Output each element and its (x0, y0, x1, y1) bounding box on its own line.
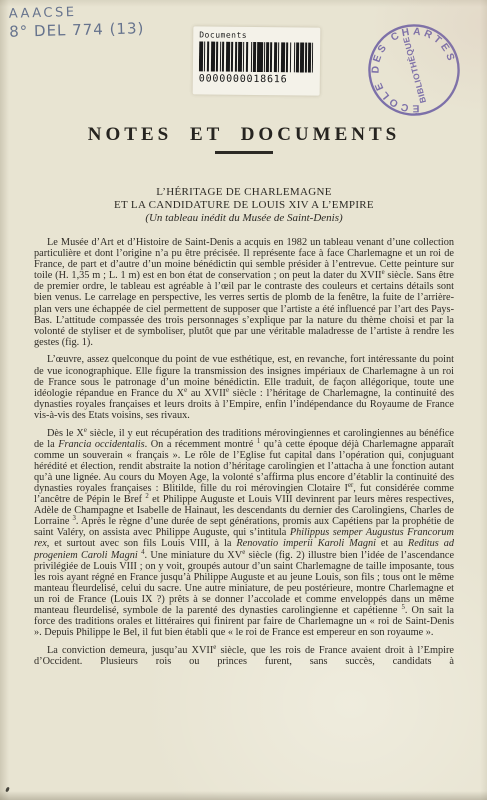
handwritten-call-number: 8° DEL 774 (13) (9, 19, 145, 41)
paragraph: L’œuvre, assez quelconque du point de vu… (34, 354, 454, 421)
article-body: Le Musée d’Art et d’Histoire de Saint-De… (34, 237, 454, 667)
paragraph: La conviction demeura, jusqu’au XVIIe si… (34, 645, 454, 667)
barcode-sticker: Documents 0000000018616 (193, 26, 321, 95)
scanned-journal-page: AAACSE 8° DEL 774 (13) Documents 0000000… (0, 0, 487, 800)
article-subtitle: (Un tableau inédit du Musée de Saint-Den… (34, 212, 454, 225)
stamp-center-text: BIBLIOTHÈQUE (400, 36, 428, 105)
library-stamp: ÉCOLE DES CHARTES BIBLIOTHÈQUE (365, 21, 463, 119)
paragraph: Dès le Xe siècle, il y eut récupération … (34, 428, 454, 639)
article-title: L’HÉRITAGE DE CHARLEMAGNE ET LA CANDIDAT… (34, 186, 454, 225)
barcode-label: Documents (199, 30, 320, 40)
article-title-line2: ET LA CANDIDATURE DE LOUIS XIV A L’EMPIR… (34, 199, 454, 212)
section-heading: NOTES ET DOCUMENTS (34, 124, 454, 146)
article-title-line1: L’HÉRITAGE DE CHARLEMAGNE (34, 186, 454, 199)
handwritten-shelfmark: AAACSE 8° DEL 774 (13) (9, 3, 145, 41)
ink-speck (5, 787, 10, 793)
barcode-bars (199, 41, 313, 72)
barcode-number: 0000000018616 (199, 73, 320, 85)
heading-rule (215, 151, 273, 154)
paragraph: Le Musée d’Art et d’Histoire de Saint-De… (34, 237, 454, 348)
